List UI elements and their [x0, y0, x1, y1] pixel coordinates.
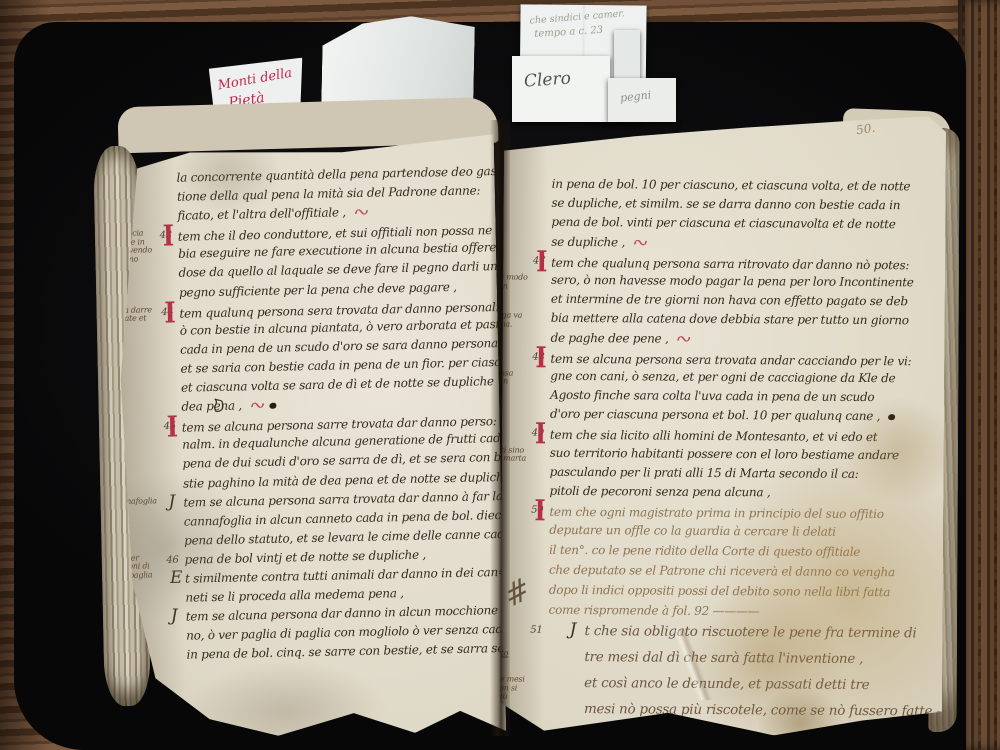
manuscript-line: deputare un offle co la guardia à cercar…	[549, 523, 915, 546]
right-page-text: in pena de bol. 10 per ciascuno, et cias…	[548, 177, 918, 730]
manuscript-line: Passati tre mesi le pene non si possino …	[548, 675, 914, 704]
line-text: se dupliche, et similm. se se darra dann…	[551, 196, 900, 212]
item-number: 46	[166, 555, 178, 566]
line-text: pitoli de pecoroni senza pena alcuna ,	[549, 484, 770, 500]
ink-blot	[888, 414, 895, 420]
manuscript-line: in nisciun modo si gratia insero, ò non …	[551, 273, 917, 295]
red-flourish-icon: ∿	[247, 396, 267, 414]
left-page-text: la concorrente quantità della pena parte…	[176, 164, 506, 667]
line-text: dea pena ,	[181, 399, 242, 414]
line-text: tre mesi dal dì che sarà fatta l'inventi…	[584, 649, 863, 667]
line-text: et intermine de tre giorni non hava con …	[551, 292, 908, 308]
manuscript-line: come rispromende à fol. 92 ————	[549, 603, 915, 626]
manuscript-line: se dupliche, et similm. se se darra dann…	[551, 196, 917, 218]
red-flourish-icon: ∿	[630, 233, 650, 250]
manuscript-line: d'oro per ciascuna persona et bol. 10 pe…	[550, 407, 916, 429]
manuscript-line: de paghe dee pene ,∿	[551, 330, 917, 352]
line-text: pasculando per li prati alli 15 di Marta…	[550, 465, 859, 481]
manuscript-line: sublato istotre mesi dal dì che sarà fat…	[548, 649, 914, 678]
item-initial: I	[167, 421, 180, 433]
red-flourish-icon: ∿	[673, 330, 693, 347]
line-text: la concorrente quantità della pena parte…	[176, 164, 500, 185]
line-text: de paghe dee pene ,	[551, 330, 669, 345]
line-text: tem che sia licito alli homini de Montes…	[550, 428, 878, 444]
item-initial: I	[163, 230, 176, 242]
manuscript-line: dopo li indici oppositi possi del debito…	[549, 583, 915, 606]
manuscript-line: Per li prati sino alli 15 de martasuo te…	[550, 445, 916, 467]
manuscript-line: 51Jt che sia obligato riscuotere le pene…	[548, 623, 914, 652]
manuscript-photo-scene: che sindici e camer. tempo a c. 23 Clero…	[0, 0, 1000, 750]
line-text: d'oro per ciascuna persona et bol. 10 pe…	[550, 407, 880, 423]
manuscript-line: pitoli de pecoroni senza pena alcuna ,	[549, 484, 915, 506]
pencil-note-line1: che sindici e camer.	[529, 8, 625, 26]
line-text: tem che qualunq persona sarra ritrovato …	[551, 256, 909, 272]
line-text: suo territorio habitanti possere con el …	[550, 445, 899, 461]
item-initial: I	[164, 306, 177, 318]
manuscript-line: che deputato se el Patrone chi riceverà …	[549, 563, 915, 586]
clero-label: Clero	[523, 68, 571, 91]
ink-blot	[270, 403, 277, 409]
item-initial: J	[171, 611, 184, 621]
manuscript-right-page: 50. # in pena de bol. 10 per ciascuno, e…	[500, 113, 946, 736]
manuscript-line: et intermine de tre giorni non hava con …	[551, 292, 917, 314]
line-text: dopo li indici oppositi possi del debito…	[549, 583, 890, 599]
line-text: pena de bol. vinti per ciascuna et ciasc…	[551, 215, 895, 231]
item-initial: I	[535, 351, 548, 363]
line-text: t che sia obligato riscuotere le pene fr…	[585, 623, 917, 641]
manuscript-line: 50Item che ogni magistrato prima in prin…	[549, 503, 915, 526]
manuscript-line: chi nò paga va alla Catena.bia mettere a…	[551, 311, 917, 333]
manuscript-line: se dupliche ,∿	[551, 234, 917, 256]
line-text: in pena de bol. 10 per ciascuno, et cias…	[552, 177, 911, 194]
line-text: gne con cani, ò senza, et per ogni de ca…	[550, 369, 895, 385]
item-initial: E	[170, 573, 183, 583]
item-initial: I	[535, 428, 548, 440]
line-text: et così anco le denunde, et passati dett…	[584, 675, 869, 693]
item-initial: J	[168, 496, 181, 506]
item-initial: I	[534, 505, 547, 517]
folio-number: 50.	[855, 121, 876, 138]
line-text: il ten°. co le pene ridito della Corte d…	[549, 543, 860, 559]
manuscript-line: pasculando per li prati alli 15 di Marta…	[550, 465, 916, 487]
line-text: se dupliche ,	[551, 234, 625, 249]
manuscript-line: non si possa cacciare in vignagne con ca…	[550, 369, 916, 391]
manuscript-line: pena de bol. vinti per ciascuna et ciasc…	[551, 215, 917, 237]
item-initial: J	[570, 625, 583, 635]
item-initial: I	[536, 255, 549, 267]
monti-label-line1: Monti della	[217, 66, 294, 94]
manuscript-left-page: la concorrente quantità della pena parte…	[114, 131, 506, 739]
manuscript-line: 48Item se alcuna persona sera trovata an…	[550, 349, 916, 371]
manuscript-line: 47Item che qualunq persona sarra ritrova…	[551, 254, 917, 276]
item-number: 51	[530, 625, 542, 636]
line-text: deputare un offle co la guardia à cercar…	[549, 523, 836, 539]
strikethrough-mark: #	[501, 570, 533, 616]
manuscript-line: il ten°. co le pene ridito della Corte d…	[549, 543, 915, 566]
line-text: tem che ogni magistrato prima in princip…	[549, 505, 883, 521]
line-text: che deputato se el Patrone chi riceverà …	[549, 563, 895, 579]
line-text: ficato, et l'altra dell'offitiale ,	[177, 205, 346, 223]
line-text: come rispromende à fol. 92 ————	[549, 603, 760, 618]
bookmark-tab-clero: Clero	[512, 56, 610, 122]
line-text: Agosto finche sara colta l'uva cada in p…	[550, 388, 874, 404]
pencil-note-line2: tempo a c. 23	[534, 25, 603, 40]
pegni-label: pegni	[619, 88, 651, 104]
manuscript-line: in pena de bol. 10 per ciascuno, et cias…	[552, 177, 918, 199]
manuscript-line: 49Item che sia licito alli homini de Mon…	[550, 426, 916, 448]
line-text: tem se alcuna persona sera trovata andar…	[550, 351, 911, 368]
bookmark-tab-pegni: pegni	[608, 78, 676, 122]
manuscript-line: Agosto finche sara colta l'uva cada in p…	[550, 388, 916, 410]
red-flourish-icon: ∿	[351, 203, 371, 221]
line-text: bia mettere alla catena dove debbia star…	[551, 311, 909, 327]
line-text: sero, ò non havesse modo pagar la pena p…	[551, 273, 914, 290]
